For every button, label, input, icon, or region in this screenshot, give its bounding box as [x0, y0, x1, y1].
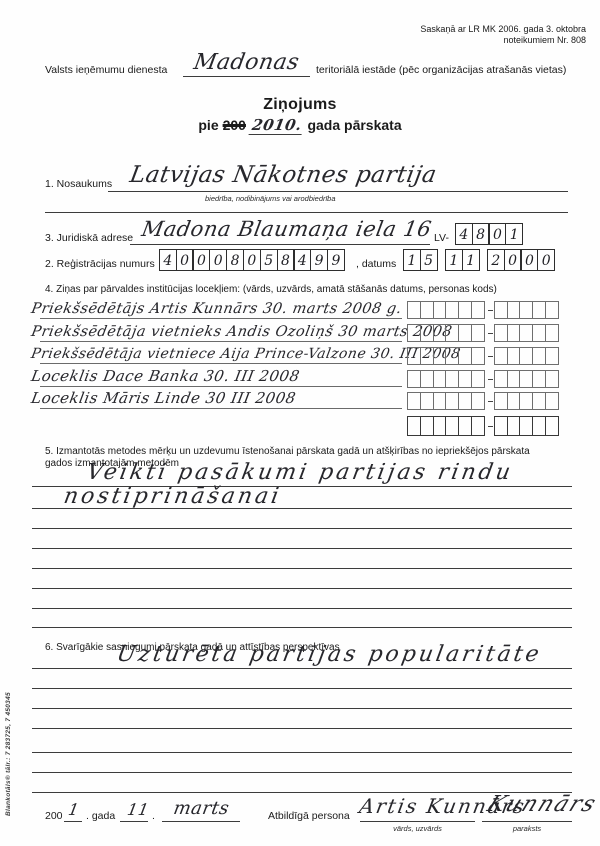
personas-kods-cell — [407, 347, 421, 365]
ruled-line — [32, 772, 572, 773]
personas-kods-cell — [519, 347, 533, 365]
postal-code-boxes: 4 8 0 1 — [456, 223, 523, 245]
vid-suffix-label: teritoriālā iestāde (pēc organizācijas a… — [316, 64, 566, 76]
personas-kods-cell — [445, 416, 459, 436]
printer-mark-vertical-text: Blankotāls® tālr.: 7 283725, 7 450345 — [5, 692, 12, 816]
responsible-name-hint: vārds, uzvārds — [360, 824, 475, 833]
member-handwriting: Loceklis Māris Linde 30 III 2008 — [30, 391, 297, 406]
personas-kods-cell — [507, 347, 521, 365]
vid-office-handwriting: Madonas — [192, 52, 301, 74]
regnum-digit-cell: 8 — [277, 249, 295, 271]
regnum-digit-cell: 0 — [176, 249, 194, 271]
personas-kods-cell — [458, 324, 472, 342]
regnum-digit-cell: 0 — [243, 249, 261, 271]
personas-kods-cell — [532, 416, 546, 436]
ruled-line — [32, 728, 572, 729]
personas-kods-cell — [494, 370, 508, 388]
regnum-digit-cell: 4 — [159, 249, 177, 271]
personas-kods-cell — [407, 324, 421, 342]
ruled-line — [32, 568, 572, 569]
personas-kods-dash — [488, 356, 493, 357]
date-digit-cell: 0 — [537, 249, 555, 271]
personas-kods-cell — [458, 301, 472, 319]
ruled-line — [32, 752, 572, 753]
footer-year-line — [64, 821, 82, 822]
personas-kods-cell — [420, 324, 434, 342]
section3-label: 3. Juridiskā adrese — [45, 232, 133, 244]
personas-kods-row — [408, 301, 559, 319]
personas-kods-cell — [532, 301, 546, 319]
signature-line — [482, 821, 572, 822]
responsible-person-label: Atbildīgā persona — [268, 810, 350, 822]
date-day-boxes: 1 5 — [404, 249, 438, 271]
date-digit-cell: 0 — [504, 249, 522, 271]
member-line — [40, 386, 402, 387]
personas-kods-cell — [458, 370, 472, 388]
datums-label: , datums — [356, 258, 396, 270]
personas-kods-cell — [507, 416, 521, 436]
section1-label: 1. Nosaukums — [45, 178, 112, 190]
personas-kods-cell — [420, 416, 434, 436]
postal-digit-cell: 8 — [472, 223, 490, 245]
regnum-digit-cell: 4 — [293, 249, 311, 271]
regulation-note-line2: noteikumiem Nr. 808 — [420, 35, 586, 46]
personas-kods-cell — [532, 347, 546, 365]
date-digit-cell: 1 — [462, 249, 480, 271]
section1-line — [108, 191, 568, 192]
section4-label: 4. Ziņas par pārvaldes institūcijas loce… — [45, 284, 497, 295]
personas-kods-cell — [407, 416, 421, 436]
personas-kods-cell — [471, 301, 485, 319]
personas-kods-cell — [545, 392, 559, 410]
personas-kods-cell — [407, 370, 421, 388]
member-line — [40, 363, 402, 364]
personas-kods-row — [408, 392, 559, 410]
personas-kods-cell — [458, 347, 472, 365]
personas-kods-cell — [445, 392, 459, 410]
section5-handwriting-line2: nostiprināšanai — [62, 486, 283, 508]
registration-number-boxes: 4 0 0 0 8 0 5 8 4 9 9 — [160, 249, 345, 271]
ruled-line — [32, 668, 572, 669]
ruled-line — [32, 548, 572, 549]
personas-kods-cell — [494, 416, 508, 436]
footer-day-handwriting: 11 — [126, 802, 150, 818]
regnum-digit-cell: 0 — [192, 249, 210, 271]
personas-kods-dash — [488, 333, 493, 334]
personas-kods-cell — [532, 324, 546, 342]
personas-kods-row — [408, 370, 559, 388]
regnum-digit-cell: 0 — [209, 249, 227, 271]
form-title: Ziņojums — [0, 96, 600, 114]
personas-kods-cell — [545, 347, 559, 365]
regnum-digit-cell: 8 — [226, 249, 244, 271]
personas-kods-cell — [458, 416, 472, 436]
personas-kods-cell — [420, 347, 434, 365]
personas-kods-cell — [494, 324, 508, 342]
personas-kods-cell — [494, 392, 508, 410]
personas-kods-cell — [545, 301, 559, 319]
postal-digit-cell: 0 — [488, 223, 506, 245]
section1-handwriting: Latvijas Nākotnes partija — [128, 164, 438, 187]
personas-kods-cell — [532, 370, 546, 388]
regnum-digit-cell: 9 — [310, 249, 328, 271]
signature-hint: paraksts — [482, 824, 572, 833]
section5-handwriting-line1: Veikti pasākumi partijas rindu — [85, 462, 515, 484]
personas-kods-cell — [507, 301, 521, 319]
personas-kods-row — [408, 324, 559, 342]
section1-line2 — [45, 212, 568, 213]
personas-kods-cell — [545, 370, 559, 388]
personas-kods-row — [408, 416, 559, 436]
scanned-form-page: Saskaņā ar LR MK 2006. gada 3. oktobra n… — [0, 0, 600, 846]
footer-year-handwriting: 1 — [67, 802, 81, 818]
regnum-digit-cell: 9 — [327, 249, 345, 271]
personas-kods-cell — [519, 392, 533, 410]
personas-kods-cell — [507, 324, 521, 342]
personas-kods-cell — [445, 370, 459, 388]
personas-kods-cell — [407, 392, 421, 410]
ruled-line — [32, 708, 572, 709]
ruled-line — [32, 792, 572, 793]
personas-kods-cell — [545, 324, 559, 342]
subtitle-suffix: gada pārskata — [307, 117, 401, 133]
section3-line — [130, 244, 430, 245]
footer-gada-label: . gada — [86, 810, 115, 822]
postal-digit-cell: 1 — [505, 223, 523, 245]
personas-kods-cell — [433, 370, 447, 388]
personas-kods-cell — [519, 416, 533, 436]
postal-prefix-label: LV- — [434, 232, 449, 244]
personas-kods-cell — [471, 324, 485, 342]
vid-office-line — [183, 76, 310, 77]
personas-kods-dash — [488, 379, 493, 380]
personas-kods-cell — [471, 416, 485, 436]
date-digit-cell: 1 — [403, 249, 421, 271]
regnum-digit-cell: 5 — [260, 249, 278, 271]
personas-kods-cell — [433, 347, 447, 365]
regulation-note: Saskaņā ar LR MK 2006. gada 3. oktobra n… — [420, 24, 586, 46]
personas-kods-cell — [494, 347, 508, 365]
ruled-line — [32, 608, 572, 609]
personas-kods-cell — [433, 392, 447, 410]
section1-hint: biedrība, nodibinājums vai arodbiedrība — [205, 194, 336, 203]
section2-label: 2. Reģistrācijas numurs — [45, 258, 155, 270]
personas-kods-dash — [488, 401, 493, 402]
footer-month-handwriting: marts — [172, 800, 231, 818]
section3-handwriting: Madona Blaumaņa iela 16 — [140, 219, 433, 240]
member-handwriting: Loceklis Dace Banka 30. III 2008 — [30, 369, 301, 384]
personas-kods-dash — [488, 310, 493, 311]
personas-kods-cell — [433, 324, 447, 342]
date-digit-cell: 5 — [420, 249, 438, 271]
personas-kods-cell — [471, 370, 485, 388]
personas-kods-cell — [471, 392, 485, 410]
subtitle-struck-year: 200 — [223, 117, 246, 133]
date-month-boxes: 1 1 — [446, 249, 480, 271]
member-handwriting: Priekšsēdētājs Artis Kunnārs 30. marts 2… — [30, 302, 403, 317]
personas-kods-cell — [458, 392, 472, 410]
section6-handwriting-line1: Uzturēta partijas popularitāte — [115, 644, 543, 666]
member-handwriting: Priekšsēdētāja vietnieks Andis Ozoliņš 3… — [30, 325, 453, 340]
footer-year-prefix: 200 — [45, 810, 63, 822]
footer-month-line — [162, 821, 240, 822]
personas-kods-cell — [519, 301, 533, 319]
personas-kods-cell — [433, 301, 447, 319]
personas-kods-cell — [445, 301, 459, 319]
responsible-name-line — [360, 821, 475, 822]
postal-digit-cell: 4 — [455, 223, 473, 245]
footer-dot-label: . — [152, 810, 155, 822]
footer-day-line — [120, 821, 148, 822]
ruled-line — [32, 588, 572, 589]
personas-kods-cell — [471, 347, 485, 365]
signature-handwriting: Kunnārs — [484, 794, 600, 816]
date-digit-cell: 2 — [487, 249, 505, 271]
personas-kods-cell — [519, 370, 533, 388]
member-line — [40, 318, 402, 319]
personas-kods-cell — [507, 370, 521, 388]
date-digit-cell: 0 — [520, 249, 538, 271]
personas-kods-cell — [407, 301, 421, 319]
ruled-line — [32, 528, 572, 529]
regulation-note-line1: Saskaņā ar LR MK 2006. gada 3. oktobra — [420, 24, 586, 35]
date-digit-cell: 1 — [445, 249, 463, 271]
vid-prefix-label: Valsts ieņēmumu dienesta — [45, 64, 167, 76]
personas-kods-row — [408, 347, 559, 365]
personas-kods-cell — [507, 392, 521, 410]
subtitle-pie: pie — [198, 117, 218, 133]
ruled-line — [32, 627, 572, 628]
personas-kods-dash — [488, 426, 493, 427]
personas-kods-cell — [519, 324, 533, 342]
date-year-boxes: 2 0 0 0 — [488, 249, 555, 271]
member-line — [40, 341, 402, 342]
member-handwriting: Priekšsēdētāja vietniece Aija Prince-Val… — [30, 347, 462, 361]
personas-kods-cell — [545, 416, 559, 436]
personas-kods-cell — [433, 416, 447, 436]
member-line — [40, 408, 402, 409]
ruled-line — [32, 688, 572, 689]
personas-kods-cell — [420, 370, 434, 388]
personas-kods-cell — [445, 347, 459, 365]
personas-kods-cell — [494, 301, 508, 319]
form-subtitle: pie 200 2010. gada pārskata — [0, 117, 600, 135]
subtitle-year-handwriting: 2010. — [248, 118, 304, 135]
personas-kods-cell — [532, 392, 546, 410]
personas-kods-cell — [420, 301, 434, 319]
personas-kods-cell — [420, 392, 434, 410]
personas-kods-cell — [445, 324, 459, 342]
